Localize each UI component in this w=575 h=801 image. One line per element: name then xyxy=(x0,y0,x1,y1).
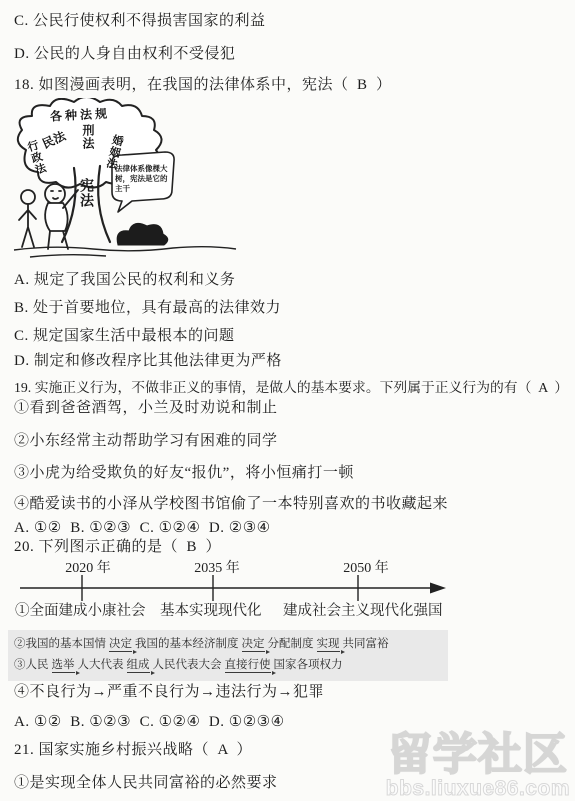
canopy-label-regulations: 各种法规 xyxy=(50,107,111,122)
question-20-stem: 20. 下列图示正确的是（ B ） xyxy=(14,538,221,557)
exam-page: { "colors": { "background": "#fbfbf9", "… xyxy=(0,0,575,801)
bush-icon xyxy=(117,223,168,245)
question-19-stem: 19. 实施正义行为，不做非正义的事情，是做人的基本要求。下列属于正义行为的有（… xyxy=(14,378,568,397)
timeline-label-strong-nation: 建成社会主义现代化强国 xyxy=(283,602,443,619)
q20-item3-arrow-word: 组成 xyxy=(127,659,150,673)
q18-option-c: C. 规定国家生活中最根本的问题 xyxy=(14,327,235,346)
q20-item-4: ④不良行为→严重不良行为→违法行为→犯罪 xyxy=(14,683,324,702)
q20-item2-arrow-word: 决定 xyxy=(242,638,265,652)
prev-option-c: C. 公民行使权利不得损害国家的利益 xyxy=(14,12,266,31)
q20-item2-arrow-word: 实现 xyxy=(317,638,340,652)
q20-item3-text: ③人民 xyxy=(14,659,49,671)
q20-item3-text: 人大代表 xyxy=(78,659,124,671)
timeline-arrowhead xyxy=(430,583,446,594)
legal-system-tree-cartoon: 各种法规 民法 刑法 行政法 婚姻法 宪法 法律体系像棵大树，宪法是它的主干 xyxy=(8,98,270,266)
q19-item-4: ④酷爱读书的小泽从学校图书馆偷了一本特别喜欢的书收藏起来 xyxy=(14,495,448,514)
timeline-year-2020: 2020 年 xyxy=(65,559,111,576)
q20-item2-text: ②我国的基本国情 xyxy=(14,638,106,650)
q19-item-3: ③小虎为给受欺负的好友“报仇”，将小恒痛打一顿 xyxy=(14,464,354,483)
q20-item3-arrow-word: 直接行使 xyxy=(225,659,271,673)
prev-option-d: D. 公民的人身自由权利不受侵犯 xyxy=(14,45,235,64)
timeline-year-2035: 2035 年 xyxy=(194,559,240,576)
q20-item2-text: 共同富裕 xyxy=(343,638,389,650)
child-figure-icon xyxy=(19,190,36,247)
timeline-label-modernize: 基本实现现代化 xyxy=(160,601,262,619)
q20-item-3: ③人民选举人大代表组成人民代表大会直接行使国家各项权力 xyxy=(14,655,444,676)
watermark-title: 留学社区 xyxy=(386,732,570,778)
q19-item-2: ②小东经常主动帮助学习有困难的同学 xyxy=(14,432,278,451)
q20-item2-text: 分配制度 xyxy=(268,638,314,650)
q20-item-2: ②我国的基本国情决定我国的基本经济制度决定分配制度实现共同富裕 xyxy=(14,634,444,655)
adult-figure-icon xyxy=(45,184,78,249)
watermark-url: bbs.liuxue86.com xyxy=(386,778,570,800)
q20-answer-options: A. ①② B. ①②③ C. ①②④ D. ①②③④ xyxy=(14,713,285,732)
timeline-diagram: 2020 年 2035 年 2050 年 ①全面建成小康社会 基本实现现代化 建… xyxy=(10,556,460,620)
timeline-label-xiaokang: ①全面建成小康社会 xyxy=(15,601,146,619)
timeline-year-2050: 2050 年 xyxy=(343,559,389,576)
q20-sub-items-2-3: ②我国的基本国情决定我国的基本经济制度决定分配制度实现共同富裕 ③人民选举人大代… xyxy=(8,630,448,681)
q21-item-1: ①是实现全体人民共同富裕的必然要求 xyxy=(14,774,278,793)
q20-item3-text: 国家各项权力 xyxy=(274,659,343,671)
q20-item2-text: 我国的基本经济制度 xyxy=(135,638,239,650)
canopy-label-criminal-law: 刑法 xyxy=(82,124,94,150)
q18-option-a: A. 规定了我国公民的权利和义务 xyxy=(14,271,235,290)
q20-item3-arrow-word: 选举 xyxy=(52,659,75,673)
q19-item-1: ①看到爸爸酒驾，小兰及时劝说和制止 xyxy=(14,399,278,418)
question-18-stem: 18. 如图漫画表明，在我国的法律体系中，宪法（ B ） xyxy=(14,76,392,95)
speech-bubble-text: 法律体系像棵大树，宪法是它的主干 xyxy=(115,164,171,194)
q18-option-b: B. 处于首要地位，具有最高的法律效力 xyxy=(14,299,281,318)
q18-option-d: D. 制定和修改程序比其他法律更为严格 xyxy=(14,352,282,371)
q20-item3-text: 人民代表大会 xyxy=(153,659,222,671)
trunk-label-constitution: 宪法 xyxy=(78,178,92,208)
question-21-stem: 21. 国家实施乡村振兴战略（ A ） xyxy=(14,741,252,760)
site-watermark: 留学社区 bbs.liuxue86.com xyxy=(386,732,570,800)
q20-item2-arrow-word: 决定 xyxy=(109,638,132,652)
q19-answer-options: A. ①② B. ①②③ C. ①②④ D. ②③④ xyxy=(14,519,271,538)
